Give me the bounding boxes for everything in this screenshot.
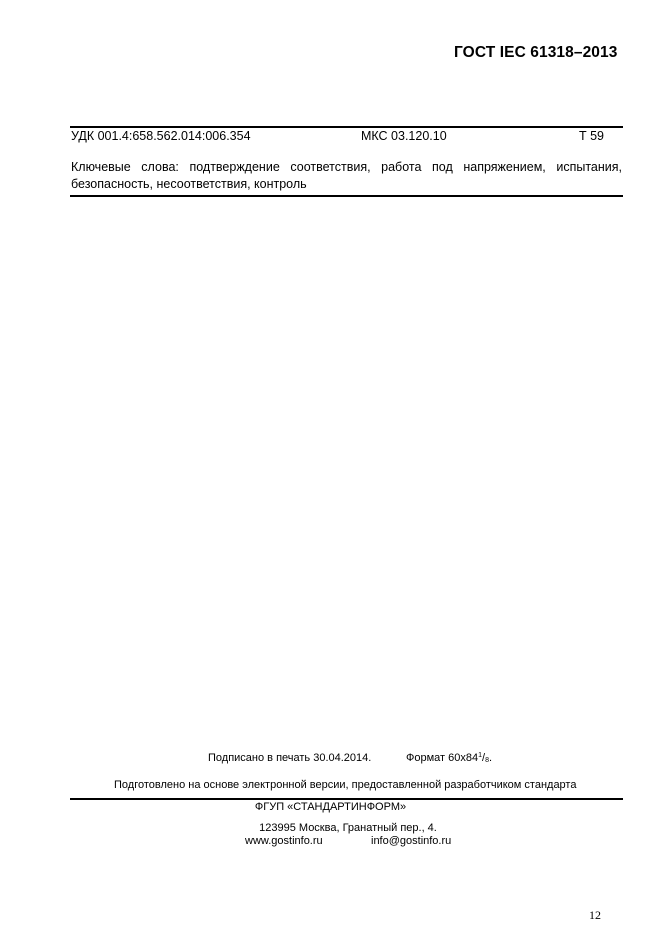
keywords-text: Ключевые слова: подтверждение соответств… [71,159,622,193]
email-link[interactable]: info@gostinfo.ru [371,835,451,847]
prepared-note: Подготовлено на основе электронной верси… [114,779,576,791]
imprint-divider [70,798,623,800]
page-number: 12 [589,908,601,923]
publisher-name: ФГУП «СТАНДАРТИНФОРМ» [0,801,661,813]
website-link[interactable]: www.gostinfo.ru [245,835,323,847]
signed-to-print: Подписано в печать 30.04.2014. [208,752,371,764]
keywords-divider [70,195,623,197]
format-suffix: . [489,752,492,764]
standard-title: ГОСТ IEC 61318–2013 [454,44,617,62]
format-prefix: Формат 60x84 [406,752,478,764]
print-format: Формат 60x841/8. [406,752,492,764]
publisher-address: 123995 Москва, Гранатный пер., 4. [0,822,661,834]
t-code: Т 59 [579,129,604,143]
mks-code: МКС 03.120.10 [361,129,447,143]
udk-code: УДК 001.4:658.562.014:006.354 [71,129,251,143]
top-divider [70,126,623,128]
